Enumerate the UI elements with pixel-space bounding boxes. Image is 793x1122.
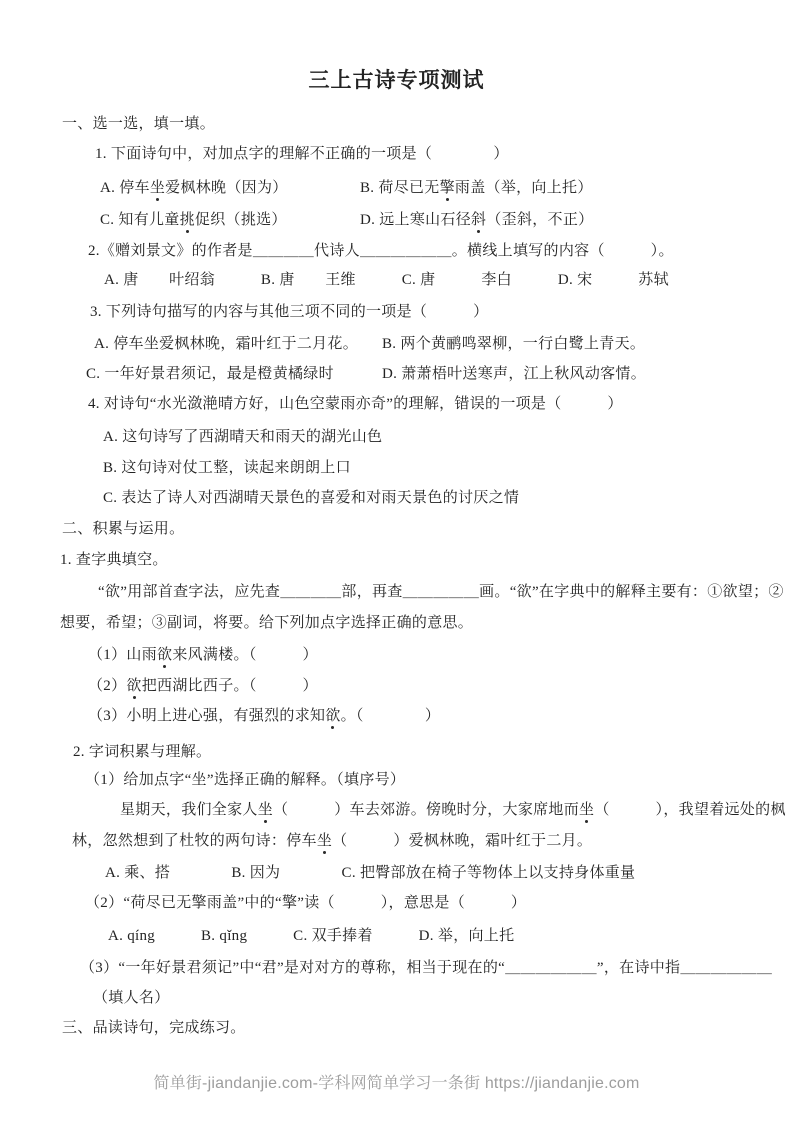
word-item-1-line1-dotted-char-1: 坐 — [258, 798, 273, 819]
section-1-heading: 一、选一选，填一填。 — [62, 112, 215, 133]
word-item-1-line2-dotted-char: 坐 — [317, 829, 332, 850]
q1-option-d-post: （歪斜，不正） — [486, 212, 593, 228]
q1-option-a-dotted-char: 坐 — [150, 176, 165, 197]
word-item-1-line1-post: （ ），我望着远处的枫 — [594, 802, 785, 818]
word-item-2-options: A. qíng B. qǐng C. 双手捧着 D. 举，向上托 — [108, 924, 514, 945]
q1-option-c: C. 知有儿童挑促织（挑选） — [100, 208, 287, 229]
q3-option-d: D. 萧萧梧叶送寒声，江上秋风动客情。 — [382, 362, 646, 383]
dictionary-item-3: （3）小明上进心强，有强烈的求知欲。（ ） — [88, 704, 440, 725]
site-watermark: 简单街-jiandanjie.com-学科网简单学习一条街 https://ji… — [0, 1070, 793, 1093]
q4-option-b: B. 这句诗对仗工整，读起来朗朗上口 — [103, 456, 351, 477]
q3-stem: 3. 下列诗句描写的内容与其他三项不同的一项是（ ） — [90, 300, 488, 321]
word-item-1-line1-pre: 星期天，我们全家人 — [120, 802, 258, 818]
page-title: 三上古诗专项测试 — [0, 64, 793, 94]
dictionary-item-1-post: 来风满楼。（ ） — [172, 647, 318, 663]
dictionary-item-2-pre: （2） — [88, 678, 126, 694]
word-item-1-line2-pre: 林，忽然想到了杜牧的两句诗：停车 — [72, 833, 317, 849]
q3-option-a: A. 停车坐爱枫林晚，霜叶红于二月花。 — [94, 332, 358, 353]
q1-option-a-pre: A. 停车 — [100, 180, 150, 196]
q1-option-b: B. 荷尽已无擎雨盖（举，向上托） — [360, 176, 593, 197]
dictionary-exercise-line2: 想要，希望；③副词，将要。给下列加点字选择正确的意思。 — [60, 611, 473, 632]
q2-stem: 2.《赠刘景文》的作者是＿＿＿＿代诗人＿＿＿＿＿＿。横线上填写的内容（ ）。 — [88, 239, 674, 260]
q1-option-a-post: 爱枫林晚（因为） — [165, 180, 287, 196]
word-item-1-options: A. 乘、搭 B. 因为 C. 把臀部放在椅子等物体上以支持身体重量 — [105, 861, 635, 882]
test-paper-page: 三上古诗专项测试 一、选一选，填一填。 1. 下面诗句中，对加点字的理解不正确的… — [0, 0, 793, 1122]
word-item-2-stem: （2）“荷尽已无擎雨盖”中的“擎”读（ ），意思是（ ） — [85, 891, 526, 912]
word-item-1-line1-dotted-char-2: 坐 — [579, 798, 594, 819]
q1-option-d-dotted-char: 斜 — [471, 208, 486, 229]
dictionary-item-3-dotted-char: 欲 — [325, 704, 340, 725]
word-item-3-line1: （3）“一年好景君须记”中“君”是对对方的尊称，相当于现在的“＿＿＿＿＿＿”，在… — [80, 956, 772, 977]
section-3-heading: 三、品读诗句，完成练习。 — [62, 1016, 246, 1037]
word-item-1-sentence-line2: 林，忽然想到了杜牧的两句诗：停车坐（ ）爱枫林晚，霜叶红于二月。 — [72, 829, 592, 850]
word-exercise-title: 2. 字词积累与理解。 — [73, 740, 211, 761]
q3-option-c: C. 一年好景君须记，最是橙黄橘绿时 — [86, 362, 334, 383]
q4-stem: 4. 对诗句“水光潋滟晴方好，山色空蒙雨亦奇”的理解，错误的一项是（ ） — [88, 392, 623, 413]
section-2-heading: 二、积累与运用。 — [62, 517, 184, 538]
q1-option-d-pre: D. 远上寒山石径 — [360, 212, 471, 228]
dictionary-item-3-pre: （3）小明上进心强，有强烈的求知 — [88, 708, 325, 724]
word-item-1-line2-post: （ ）爱枫林晚，霜叶红于二月。 — [332, 833, 592, 849]
q1-option-c-pre: C. 知有儿童 — [100, 212, 180, 228]
q1-stem: 1. 下面诗句中，对加点字的理解不正确的一项是（ ） — [95, 142, 509, 163]
word-item-1-line1-mid: （ ）车去郊游。傍晚时分，大家席地而 — [273, 802, 579, 818]
q1-option-d: D. 远上寒山石径斜（歪斜，不正） — [360, 208, 593, 229]
q1-option-b-pre: B. 荷尽已无 — [360, 180, 440, 196]
q4-option-a: A. 这句诗写了西湖晴天和雨天的湖光山色 — [103, 425, 382, 446]
q2-options: A. 唐 叶绍翁 B. 唐 王维 C. 唐 李白 D. 宋 苏轼 — [104, 268, 669, 289]
q1-option-c-dotted-char: 挑 — [180, 208, 195, 229]
dictionary-item-2: （2）欲把西湖比西子。（ ） — [88, 674, 318, 695]
dictionary-item-1-dotted-char: 欲 — [157, 643, 172, 664]
q1-option-c-post: 促织（挑选） — [195, 212, 287, 228]
dictionary-item-1-pre: （1）山雨 — [88, 647, 157, 663]
dictionary-item-1: （1）山雨欲来风满楼。（ ） — [88, 643, 318, 664]
q3-option-b: B. 两个黄鹂鸣翠柳，一行白鹭上青天。 — [382, 332, 645, 353]
dictionary-item-2-post: 把西湖比西子。（ ） — [142, 678, 318, 694]
word-item-1-stem: （1）给加点字“坐”选择正确的解释。（填序号） — [85, 768, 405, 789]
q1-option-b-post: 雨盖（举，向上托） — [455, 180, 593, 196]
word-item-1-sentence-line1: 星期天，我们全家人坐（ ）车去郊游。傍晚时分，大家席地而坐（ ），我望着远处的枫 — [120, 798, 786, 819]
dictionary-item-2-dotted-char: 欲 — [126, 674, 141, 695]
word-item-3-line2: （填人名） — [93, 986, 170, 1007]
dictionary-item-3-post: 。（ ） — [341, 708, 441, 724]
q4-option-c: C. 表达了诗人对西湖晴天景色的喜爱和对雨天景色的讨厌之情 — [103, 486, 519, 507]
q1-option-a: A. 停车坐爱枫林晚（因为） — [100, 176, 288, 197]
q1-option-b-dotted-char: 擎 — [440, 176, 455, 197]
dictionary-exercise-title: 1. 查字典填空。 — [60, 548, 168, 569]
dictionary-exercise-line1: “欲”用部首查字法，应先查＿＿＿＿部，再查＿＿＿＿＿画。“欲”在字典中的解释主要… — [98, 580, 784, 601]
